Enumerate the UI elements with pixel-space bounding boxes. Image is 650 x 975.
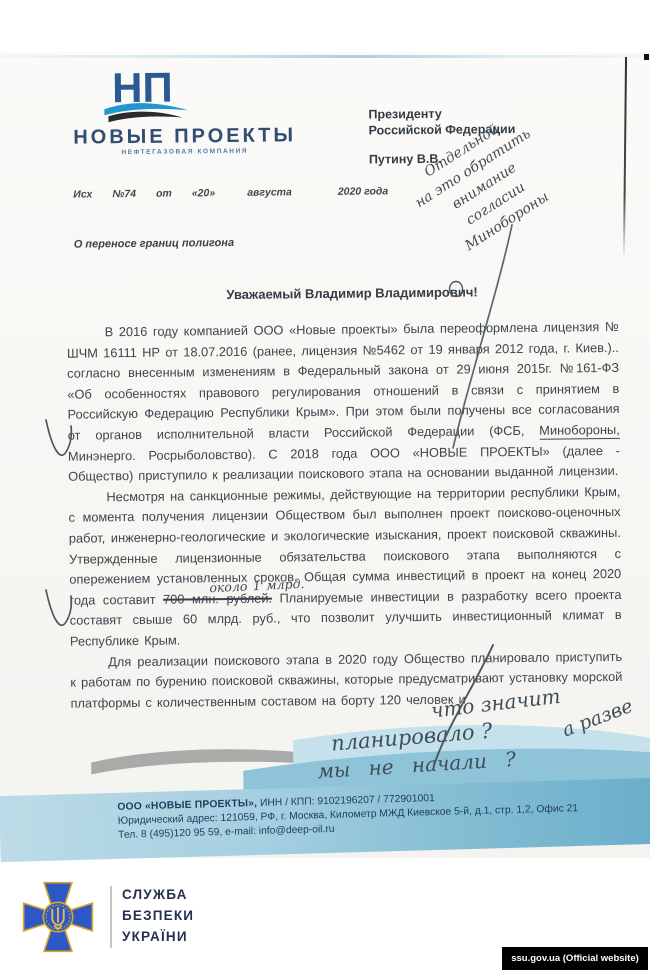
addressee-line: Президенту: [368, 107, 441, 122]
reference-line: Исх №74 от «20» августа 2020 года: [73, 185, 408, 201]
company-logo: НП: [88, 61, 209, 129]
paragraph-1: В 2016 году компанией ООО «Новые проекты…: [67, 317, 621, 488]
letter-body: В 2016 году компанией ООО «Новые проекты…: [67, 317, 623, 714]
struck-through-text: 700 млн. рублей.около 1 млрд.: [163, 590, 272, 606]
company-subtitle: НЕФТЕГАЗОВАЯ КОМПАНИЯ: [67, 147, 303, 156]
logo-wave-black: [108, 111, 182, 122]
watermark-source: ssu.gov.ua (Official website): [502, 947, 648, 970]
screenshot-root: { "letterhead": { "logo_monogram": "НП",…: [0, 0, 650, 975]
sbu-word: УКРАЇНИ: [122, 926, 194, 947]
scanned-letter-photo: НП НОВЫЕ ПРОЕКТЫ НЕФТЕГАЗОВАЯ КОМПАНИЯ П…: [0, 52, 650, 858]
ref-part: «20»: [192, 187, 215, 199]
divider: [110, 886, 112, 948]
subject-line: О переносе границ полигона: [74, 237, 234, 251]
contact-info: ООО «НОВЫЕ ПРОЕКТЫ», ИНН / КПП: 91021962…: [117, 788, 578, 842]
company-name: НОВЫЕ ПРОЕКТЫ: [67, 124, 303, 149]
sbu-word: СЛУЖБА: [122, 884, 194, 905]
ref-part: №74: [112, 188, 136, 200]
sbu-emblem-icon: [22, 880, 94, 954]
np-logo-icon: НП: [88, 61, 209, 124]
paragraph-2: Несмотря на санкционные режимы, действую…: [68, 482, 622, 653]
hand-underlined-word: Минобороны,: [539, 422, 620, 440]
sbu-wordmark: СЛУЖБА БЕЗПЕКИ УКРАЇНИ: [122, 884, 194, 947]
ref-part: от: [156, 188, 172, 200]
letter-content: НП НОВЫЕ ПРОЕКТЫ НЕФТЕГАЗОВАЯ КОМПАНИЯ П…: [0, 49, 650, 862]
sbu-word: БЕЗПЕКИ: [122, 905, 194, 926]
paragraph-text: Минэнерго. Росрыболовство). С 2018 года …: [68, 442, 620, 483]
paragraph-text: В 2016 году компанией ООО «Новые проекты…: [67, 319, 620, 443]
ref-part: Исх: [73, 188, 92, 200]
salutation: Уважаемый Владимир Владимирович!: [226, 284, 478, 302]
ref-part: августа: [247, 186, 292, 198]
